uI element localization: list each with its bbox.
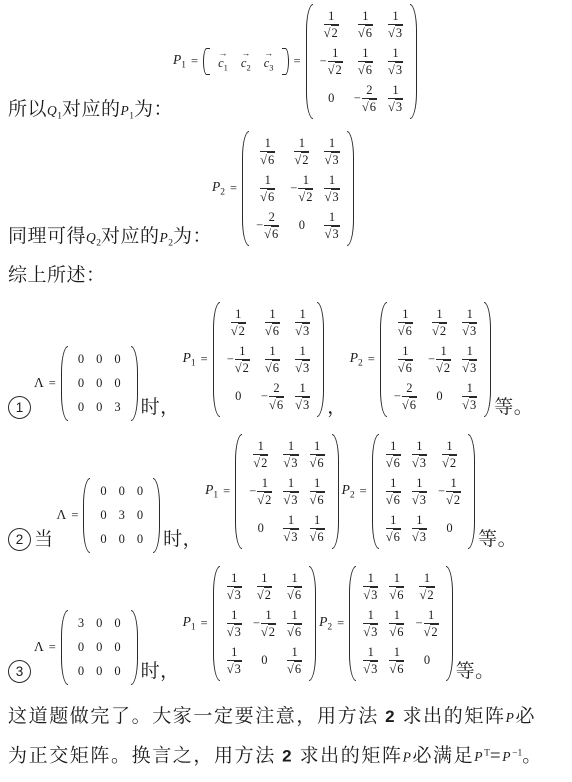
lambda-matrix: 000030000 (83, 478, 160, 553)
numerator: 1 (287, 608, 302, 624)
denominator: √6 (389, 587, 404, 602)
sqrt: √2 (424, 624, 439, 639)
matrix-cell: 1√3 (283, 513, 298, 544)
matrix-cell: 1√3 (388, 83, 403, 114)
denominator: √6 (287, 587, 302, 602)
number: 1 (328, 9, 334, 23)
closing-paragraph: 这道题做完了。大家一定要注意，用方法 2 求出的矩阵P必 为正交矩阵。换言之，用… (8, 698, 564, 776)
sqrt: √6 (265, 360, 280, 375)
denominator: √3 (412, 492, 427, 507)
number: 1 (424, 571, 430, 585)
numerator: 1 (358, 46, 373, 62)
number: 3 (119, 508, 125, 523)
sqrt: √6 (287, 587, 302, 602)
matrix-cell: 1√2 (231, 307, 246, 338)
matrix-grid: 300000000 (69, 610, 130, 685)
fraction: 1√3 (227, 571, 242, 602)
matrix-cell: 1√3 (412, 513, 427, 544)
matrix-cell: 0 (96, 352, 102, 367)
matrix-cell: 1√6 (310, 439, 325, 470)
radicand: 3 (419, 492, 427, 507)
matrix-cell: 1√6 (287, 645, 302, 676)
left-paren (61, 610, 68, 685)
fraction: 1√2 (419, 571, 434, 602)
number: 0 (96, 664, 102, 679)
radicand: 2 (301, 152, 309, 167)
number: 2 (366, 83, 372, 97)
number: 1 (392, 46, 398, 60)
p1-equation: P1=1√31√21√61√3−1√21√61√301√6 (183, 566, 317, 681)
number: 0 (137, 508, 143, 523)
sqrt: √6 (386, 492, 401, 507)
numerator: 1 (265, 344, 280, 360)
numerator: 2 (269, 381, 284, 397)
radicand: 3 (370, 624, 378, 639)
denominator: √2 (432, 323, 447, 338)
sqrt: √2 (446, 492, 461, 507)
radicand: 2 (264, 492, 272, 507)
number: 1 (239, 344, 245, 358)
number: 1 (265, 136, 271, 150)
section-row-1: 1Λ=000000003时，P1=1√21√61√3−1√21√61√30−2√… (8, 302, 564, 421)
denominator: √3 (295, 360, 310, 375)
denominator: √2 (446, 492, 461, 507)
numerator: 2 (264, 210, 279, 226)
sqrt: √6 (287, 661, 302, 676)
right-paren (317, 302, 324, 417)
math-symbol: P−1 (502, 749, 522, 764)
radicand: 6 (294, 587, 302, 602)
matrix-cell: −1√2 (249, 476, 272, 507)
denominator: √3 (283, 492, 298, 507)
fraction: 1√3 (462, 344, 477, 375)
matrix-cell: 0 (137, 484, 143, 499)
denominator: √3 (227, 624, 242, 639)
fraction: 1√6 (310, 439, 325, 470)
text-when: 当 (34, 528, 54, 553)
right-paren (131, 610, 138, 685)
fraction: 1√6 (386, 439, 401, 470)
numerator: 1 (389, 645, 404, 661)
matrix-grid: →c1→c2→c3 (211, 48, 280, 75)
number: 1 (261, 571, 267, 585)
sqrt: √3 (462, 397, 477, 412)
equals-sign: = (293, 54, 302, 69)
matrix-cell: 1√3 (412, 439, 427, 470)
number: 0 (114, 640, 120, 655)
denominator: √6 (260, 152, 275, 167)
sqrt: √2 (328, 62, 343, 77)
radicand: 2 (305, 189, 313, 204)
sqrt: √2 (257, 492, 272, 507)
number: 0 (78, 352, 84, 367)
fraction: 1√6 (398, 344, 413, 375)
numerator: 1 (432, 307, 447, 323)
matrix-cell: 1√6 (386, 476, 401, 507)
denominator: √2 (261, 624, 276, 639)
number: 1 (291, 608, 297, 622)
fraction: 1√3 (227, 645, 242, 676)
numerator: 1 (386, 439, 401, 455)
number: 1 (467, 381, 473, 395)
math-symbol: P1 (183, 614, 196, 633)
p2-matrix: 1√61√21√31√6−1√21√3−2√601√3 (380, 302, 492, 417)
matrix-cell: 1√3 (388, 46, 403, 77)
number: 0 (100, 484, 106, 499)
matrix-cell: 1√3 (227, 571, 242, 602)
matrix-cell: −1√2 (428, 344, 451, 375)
fraction: 1√6 (389, 571, 404, 602)
matrix-cell: 0 (114, 640, 120, 655)
matrix-cell: 1√6 (389, 608, 404, 639)
fraction: 1√2 (424, 608, 439, 639)
sqrt: √2 (298, 189, 313, 204)
radicand: 3 (302, 360, 310, 375)
right-paren (131, 346, 138, 421)
matrix-cell: 0 (96, 640, 102, 655)
right-paren (484, 302, 491, 417)
number: 0 (78, 400, 84, 415)
matrix-grid: 1√21√61√3−1√21√61√30−2√61√3 (314, 4, 410, 119)
numerator: 1 (462, 307, 477, 323)
sqrt: √2 (436, 360, 451, 375)
radicand: 3 (234, 624, 242, 639)
equals-sign: = (367, 352, 376, 367)
matrix-cell: 0 (78, 400, 84, 415)
fraction: 1√3 (295, 344, 310, 375)
right-paren (309, 566, 316, 681)
number: 1 (450, 476, 456, 490)
numerator: 1 (363, 645, 378, 661)
document-page: 所以Q1对应的P1为： P1=→c1→c2→c3=1√21√61√3−1√21√… (0, 0, 572, 782)
number: 0 (446, 521, 452, 536)
math-symbol: P1 (121, 103, 135, 118)
number: 1 (288, 513, 294, 527)
number: 0 (96, 400, 102, 415)
matrix-cell: 1√2 (419, 571, 434, 602)
sqrt: √3 (363, 624, 378, 639)
number: 2 (269, 210, 275, 224)
numerator: 1 (388, 9, 403, 25)
matrix-cell: −1√2 (320, 46, 343, 77)
closing-line-1: 这道题做完了。大家一定要注意，用方法 2 求出的矩阵P必 (8, 698, 564, 736)
matrix-cell: 1√3 (324, 173, 339, 204)
number: 1 (291, 571, 297, 585)
number: 1 (362, 9, 368, 23)
minus-sign: − (354, 91, 361, 106)
fraction: 1√2 (298, 173, 313, 204)
radicand: 6 (267, 189, 275, 204)
matrix-cell: 1√6 (386, 439, 401, 470)
numerator: 1 (386, 513, 401, 529)
radicand: 2 (268, 624, 276, 639)
matrix-cell: 1√3 (324, 210, 339, 241)
number: 1 (402, 307, 408, 321)
number: 1 (446, 439, 452, 453)
math-symbol: Λ (34, 639, 44, 655)
matrix-cell: 0 (78, 664, 84, 679)
matrix-cell: 0 (96, 616, 102, 631)
number: 0 (100, 508, 106, 523)
sqrt: √3 (363, 661, 378, 676)
right-paren (468, 434, 475, 549)
fraction: 1√6 (265, 307, 280, 338)
fraction: 1√6 (260, 136, 275, 167)
number: 2 (406, 381, 412, 395)
denominator: √3 (388, 99, 403, 114)
denominator: √3 (388, 25, 403, 40)
math-symbol: P2 (212, 179, 225, 198)
fraction: 1√3 (324, 173, 339, 204)
sqrt: √2 (324, 25, 339, 40)
denominator: √6 (398, 323, 413, 338)
numerator: 1 (295, 307, 310, 323)
line-summary: 综上所述： (8, 264, 564, 289)
matrix-cell: −1√2 (227, 344, 250, 375)
denominator: √6 (310, 529, 325, 544)
circled-number-2: 2 (8, 528, 31, 551)
fraction: 1√3 (388, 83, 403, 114)
number: 1 (390, 439, 396, 453)
denominator: √3 (283, 529, 298, 544)
matrix-cell: 0 (96, 376, 102, 391)
numerator: 1 (287, 645, 302, 661)
fraction: 1√2 (261, 608, 276, 639)
sqrt: √6 (398, 323, 413, 338)
numerator: 1 (412, 439, 427, 455)
matrix-cell: 1√3 (363, 571, 378, 602)
equals-sign: = (336, 616, 345, 631)
numerator: 1 (412, 476, 427, 492)
numerator: 1 (398, 344, 413, 360)
minus-sign: − (256, 218, 263, 233)
p1-equation: P1=1√21√31√6−1√21√31√601√31√6 (205, 434, 339, 549)
matrix-cell: −1√2 (438, 476, 461, 507)
denominator: √3 (227, 587, 242, 602)
case-sections: 1Λ=000000003时，P1=1√21√61√3−1√21√61√30−2√… (8, 302, 564, 685)
matrix-grid: 1√61√21√31√6−1√21√3−2√601√3 (388, 302, 484, 417)
sqrt: √3 (388, 25, 403, 40)
matrix-grid: 1√61√21√31√6−1√21√3−2√601√3 (250, 131, 346, 246)
sqrt: √6 (260, 152, 275, 167)
radicand: 6 (369, 99, 377, 114)
numerator: 1 (283, 476, 298, 492)
sqrt: √3 (388, 62, 403, 77)
matrix-cell: 1√6 (260, 136, 275, 167)
closing-line-2: 为正交矩阵。换言之，用方法 2 求出的矩阵P必满足PT=P−1。 (8, 736, 564, 776)
sqrt: √3 (412, 529, 427, 544)
fraction: 2√6 (269, 381, 284, 412)
denominator: √6 (358, 62, 373, 77)
matrix-cell: 1√2 (324, 9, 339, 40)
fraction: 1√3 (363, 608, 378, 639)
denominator: √3 (363, 624, 378, 639)
matrix-cell: 1√6 (265, 344, 280, 375)
matrix-cell: 0 (424, 653, 430, 668)
text-summary: 综上所述： (8, 264, 106, 289)
numerator: 1 (389, 571, 404, 587)
minus-sign: − (438, 484, 445, 499)
numerator: 1 (310, 439, 325, 455)
denominator: √6 (265, 323, 280, 338)
sqrt: √3 (324, 152, 339, 167)
fraction: 2√6 (264, 210, 279, 241)
number: 1 (314, 476, 320, 490)
left-paren (306, 4, 313, 119)
matrix-cell: 0 (100, 508, 106, 523)
radicand: 2 (242, 360, 250, 375)
matrix-cell: −2√6 (261, 381, 284, 412)
number: 1 (288, 476, 294, 490)
matrix-cell: 1√2 (294, 136, 309, 167)
fraction: 2√6 (402, 381, 417, 412)
number: 1 (231, 645, 237, 659)
matrix-cell: 1√3 (388, 9, 403, 40)
radicand: 6 (272, 323, 280, 338)
matrix-cell: 0 (137, 532, 143, 547)
sqrt: √3 (388, 99, 403, 114)
radicand: 3 (419, 455, 427, 470)
radicand: 3 (290, 455, 298, 470)
p2-matrix: 1√61√21√31√6−1√21√3−2√601√3 (242, 131, 354, 246)
fraction: 1√3 (412, 439, 427, 470)
fraction: 1√3 (388, 46, 403, 77)
radicand: 2 (453, 492, 461, 507)
section-row-3: 3Λ=300000000时，P1=1√31√21√61√3−1√21√61√30… (8, 566, 564, 685)
number: 0 (436, 389, 442, 404)
circled-number-3: 3 (8, 660, 31, 683)
denominator: √6 (402, 397, 417, 412)
matrix-cell: 0 (299, 218, 305, 233)
denominator: √2 (298, 189, 313, 204)
denominator: √6 (260, 189, 275, 204)
number: 0 (96, 616, 102, 631)
sqrt: √6 (287, 624, 302, 639)
number: 0 (78, 376, 84, 391)
matrix-cell: 1√2 (257, 571, 272, 602)
numerator: 1 (257, 476, 272, 492)
matrix-cell: 1√3 (227, 645, 242, 676)
math-symbol: P (403, 749, 413, 764)
matrix-cell: 3 (114, 400, 120, 415)
column-vectors-matrix: →c1→c2→c3 (203, 48, 288, 75)
denominator: √2 (436, 360, 451, 375)
left-paren (83, 478, 90, 553)
number: 1 (231, 608, 237, 622)
lambda-equation: Λ=300000000 (34, 610, 138, 685)
number: 2 (273, 381, 279, 395)
denominator: √2 (231, 323, 246, 338)
denominator: √6 (389, 624, 404, 639)
right-paren (446, 566, 453, 681)
number: 0 (119, 532, 125, 547)
number: 1 (288, 439, 294, 453)
fraction: 1√3 (412, 513, 427, 544)
vector-base: c2 (241, 57, 251, 72)
matrix-cell: 1√6 (260, 173, 275, 204)
numerator: 1 (363, 571, 378, 587)
number: 1 (428, 608, 434, 622)
fraction: 1√2 (328, 46, 343, 77)
numerator: 1 (363, 608, 378, 624)
matrix-grid: 1√31√61√21√31√6−1√21√31√60 (357, 566, 444, 681)
number: 1 (362, 46, 368, 60)
matrix-cell: 0 (100, 532, 106, 547)
radicand: 3 (419, 529, 427, 544)
denominator: √6 (287, 624, 302, 639)
number: 1 (392, 9, 398, 23)
number: 1 (394, 645, 400, 659)
number: 1 (265, 608, 271, 622)
radicand: 2 (439, 323, 447, 338)
matrix-cell: 0 (446, 521, 452, 536)
matrix-cell: 1√3 (412, 476, 427, 507)
fraction: 1√3 (363, 645, 378, 676)
matrix-cell: 0 (137, 508, 143, 523)
number: 1 (300, 344, 306, 358)
sqrt: √2 (235, 360, 250, 375)
radicand: 6 (365, 62, 373, 77)
number: 1 (467, 307, 473, 321)
number: 1 (231, 571, 237, 585)
fraction: 1√6 (310, 476, 325, 507)
sqrt: √3 (227, 587, 242, 602)
matrix-cell: 0 (114, 376, 120, 391)
sqrt: √2 (294, 152, 309, 167)
denominator: √2 (235, 360, 250, 375)
p1-matrix: 1√21√31√6−1√21√31√601√31√6 (235, 434, 338, 549)
denominator: √6 (386, 455, 401, 470)
numerator: 1 (257, 571, 272, 587)
denominator: √3 (388, 62, 403, 77)
matrix-cell: 1√3 (363, 608, 378, 639)
numerator: 1 (295, 344, 310, 360)
number: 0 (114, 664, 120, 679)
sqrt: √6 (389, 587, 404, 602)
numerator: 1 (260, 173, 275, 189)
math-symbol: Λ (34, 375, 44, 391)
math-symbol: P1 (173, 52, 186, 71)
line-p2-definition: 同理可得Q2对应的P2为： P2=1√61√21√31√6−1√21√3−2√6… (8, 131, 564, 250)
section-row-2: 2当Λ=000030000时，P1=1√21√31√6−1√21√31√601√… (8, 434, 564, 553)
minus-sign: − (249, 484, 256, 499)
p1-equation: P1=1√21√61√3−1√21√61√30−2√61√3 (183, 302, 325, 417)
line-p1-definition: 所以Q1对应的P1为： P1=→c1→c2→c3=1√21√61√3−1√21√… (8, 4, 564, 123)
matrix-cell: 3 (119, 508, 125, 523)
number: 0 (258, 521, 264, 536)
radicand: 6 (294, 624, 302, 639)
p1-matrix: 1√21√61√3−1√21√61√30−2√61√3 (213, 302, 325, 417)
equals-sign: = (229, 181, 238, 196)
number: 1 (390, 476, 396, 490)
left-paren (242, 131, 249, 246)
math-symbol: P2 (350, 350, 363, 369)
fraction: 1√3 (295, 307, 310, 338)
denominator: √6 (398, 360, 413, 375)
matrix-cell: 1√3 (283, 476, 298, 507)
numerator: 1 (253, 439, 268, 455)
sqrt: √6 (269, 397, 284, 412)
minus-sign: − (290, 181, 297, 196)
fraction: 1√6 (358, 9, 373, 40)
right-paren (410, 4, 417, 119)
fraction: 1√2 (257, 571, 272, 602)
number: 1 (299, 136, 305, 150)
radicand: 2 (443, 360, 451, 375)
p2-matrix: 1√61√31√21√61√3−1√21√61√30 (372, 434, 475, 549)
denominator: √2 (419, 587, 434, 602)
sqrt: √6 (389, 624, 404, 639)
